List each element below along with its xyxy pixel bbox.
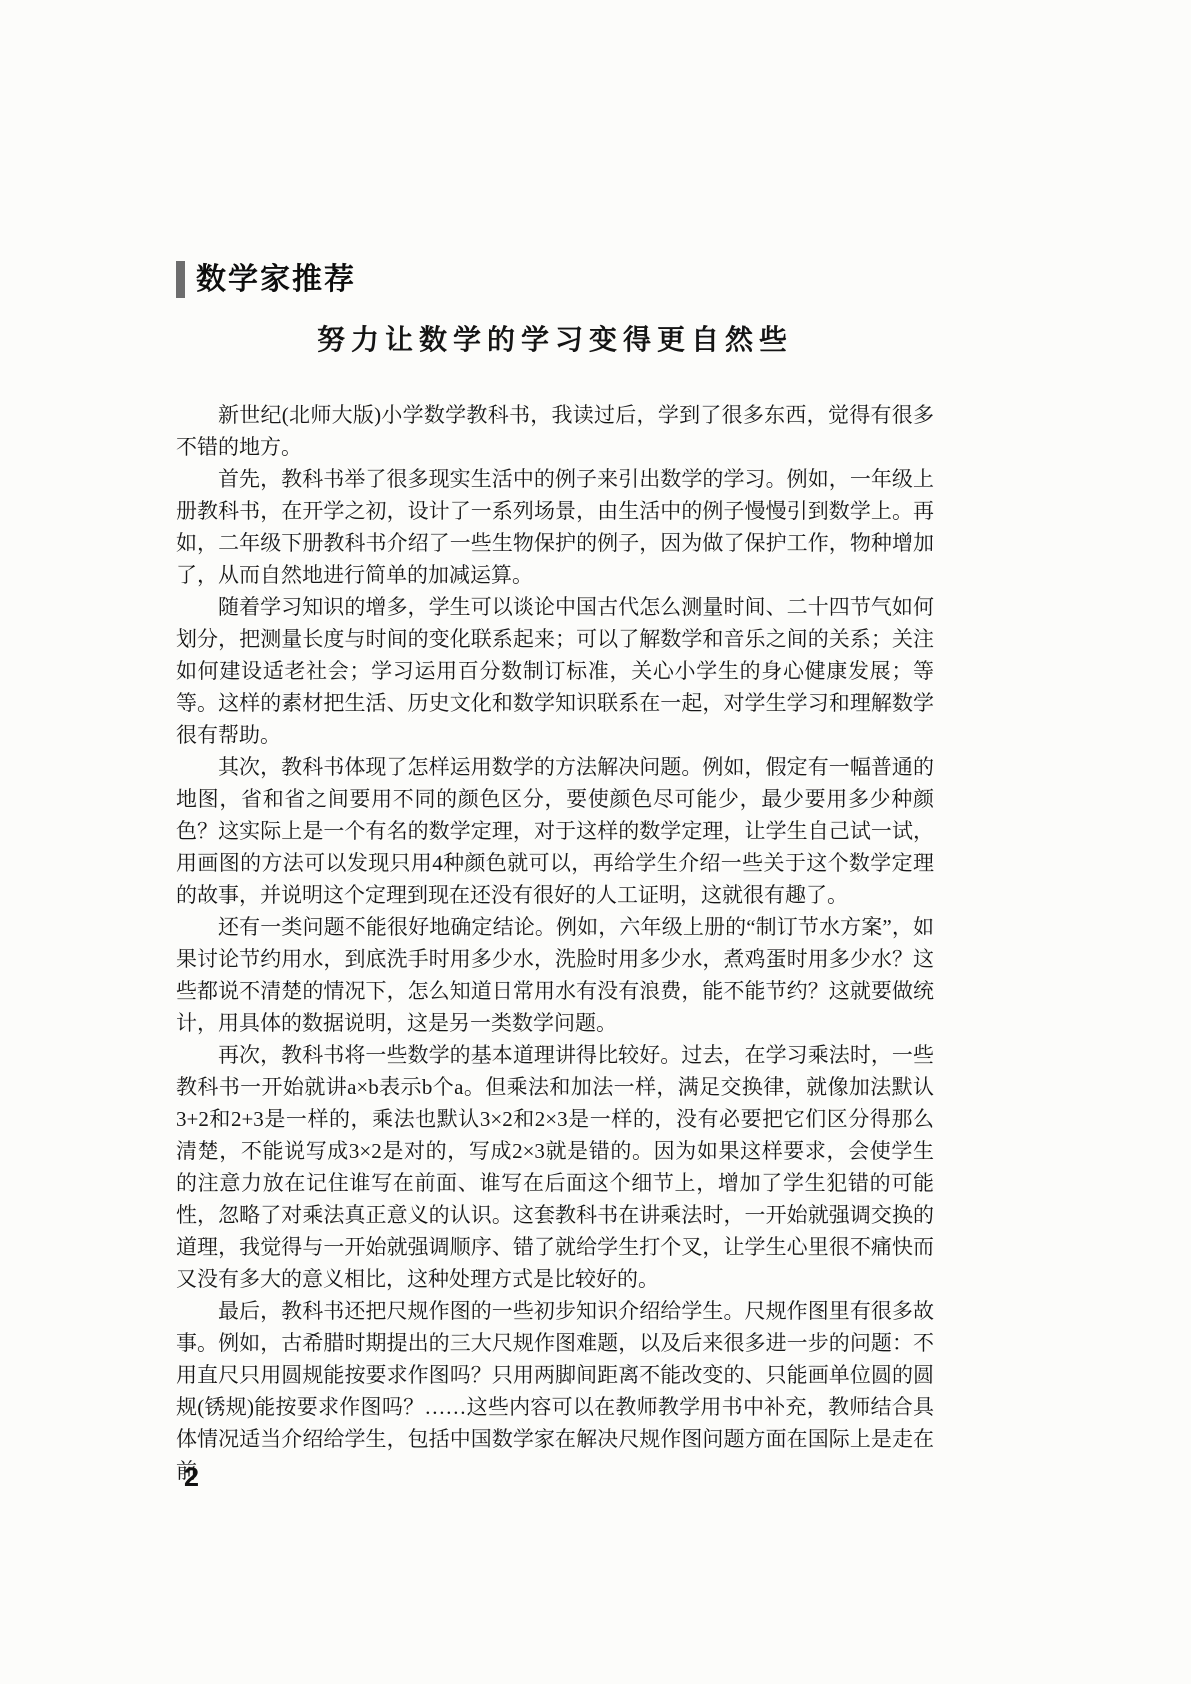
section-header-bar xyxy=(176,261,185,298)
paragraph-1: 新世纪(北师大版)小学数学教科书，我读过后，学到了很多东西，觉得有很多不错的地方… xyxy=(176,399,934,463)
book-page: 数学家推荐 努力让数学的学习变得更自然些 新世纪(北师大版)小学数学教科书，我读… xyxy=(0,0,1191,1684)
paragraph-2: 首先，教科书举了很多现实生活中的例子来引出数学的学习。例如，一年级上册教科书，在… xyxy=(176,463,934,591)
article-body: 新世纪(北师大版)小学数学教科书，我读过后，学到了很多东西，觉得有很多不错的地方… xyxy=(176,399,934,1487)
paragraph-6: 再次，教科书将一些数学的基本道理讲得比较好。过去，在学习乘法时，一些教科书一开始… xyxy=(176,1039,934,1295)
paragraph-5: 还有一类问题不能很好地确定结论。例如，六年级上册的“制订节水方案”，如果讨论节约… xyxy=(176,911,934,1039)
paragraph-7: 最后，教科书还把尺规作图的一些初步知识介绍给学生。尺规作图里有很多故事。例如，古… xyxy=(176,1295,934,1487)
paragraph-3: 随着学习知识的增多，学生可以谈论中国古代怎么测量时间、二十四节气如何划分，把测量… xyxy=(176,591,934,751)
section-header-label: 数学家推荐 xyxy=(196,261,356,298)
page-number: 2 xyxy=(184,1462,199,1493)
article-title: 努力让数学的学习变得更自然些 xyxy=(176,318,934,358)
paragraph-4: 其次，教科书体现了怎样运用数学的方法解决问题。例如，假定有一幅普通的地图，省和省… xyxy=(176,751,934,911)
section-header: 数学家推荐 xyxy=(176,261,356,298)
